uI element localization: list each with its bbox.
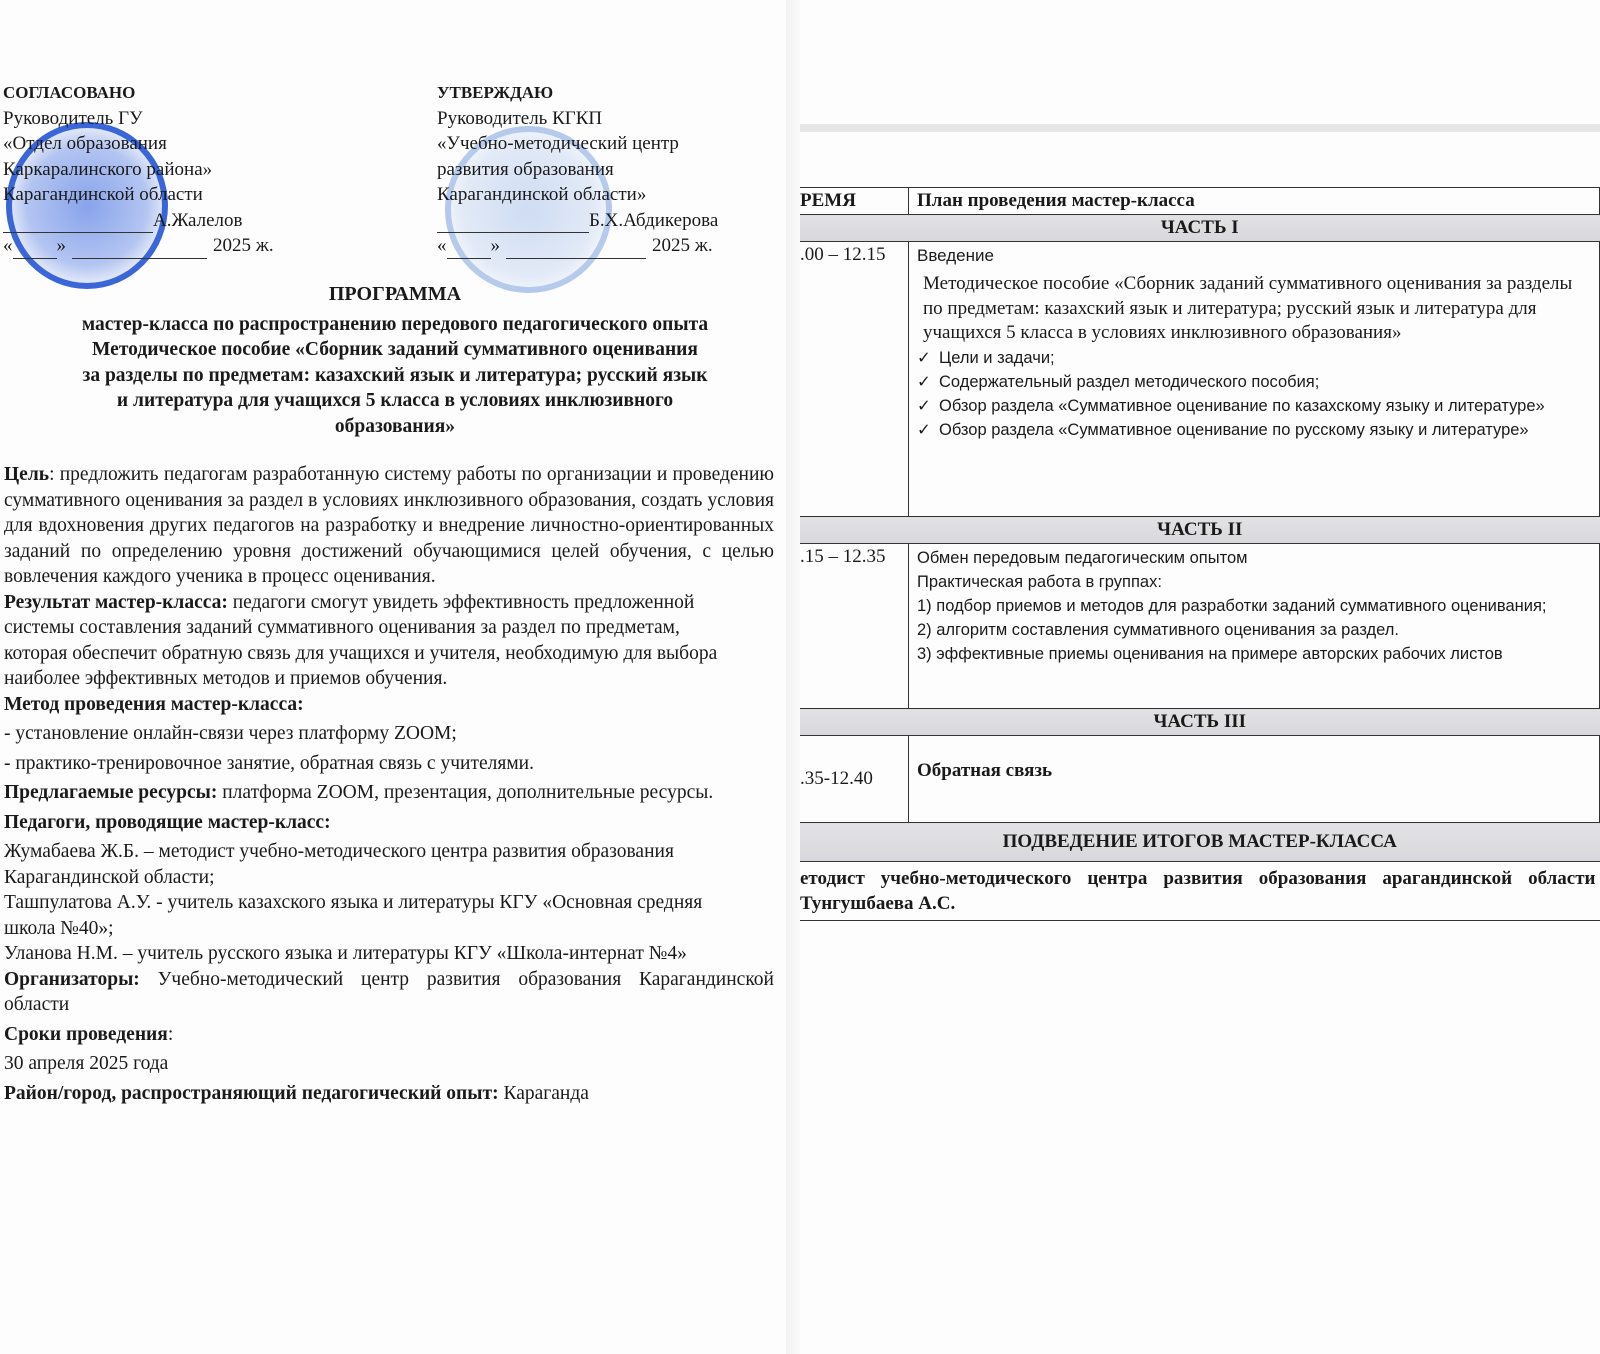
part-heading: Обмен передовым педагогическим опытом [917,546,1591,570]
approval-line: Руководитель ГУ [3,106,303,132]
city-label: Район/город, распространяющий педагогиче… [4,1083,499,1104]
method-item: - практико-тренировочное занятие, обратн… [4,751,774,777]
approval-line: «Учебно-методический центр [437,131,757,157]
month-blank [506,240,646,259]
day-blank [13,240,57,259]
program-heading: ПРОГРАММА [0,282,790,308]
check-icon: ✓ [917,370,939,394]
teachers-label: Педагоги, проводящие мастер-класс: [4,810,774,836]
plan-table: РЕМЯ План проведения мастер-класса ЧАСТЬ… [800,187,1600,921]
goal-paragraph: Цель: предложить педагогам разработанную… [4,462,774,590]
method-label: Метод проведения мастер-класса: [4,692,774,718]
dates-label: Сроки проведения [4,1024,168,1045]
resources-text: платформа ZOOM, презентация, дополнитель… [217,782,713,803]
method-heading: Метод проведения мастер-класса: [4,694,304,715]
organizers-paragraph: Организаторы: Учебно-методический центр … [4,967,774,1018]
signatory-name: А.Жалелов [153,208,243,234]
check-icon: ✓ [917,346,939,370]
summary-text: етодист учебно-методического центра разв… [800,862,1600,921]
city-value: Караганда [499,1083,589,1104]
signature-line: А.Жалелов [3,208,303,234]
approval-heading: УТВЕРЖДАЮ [437,80,757,106]
section-row-part3: ЧАСТЬ III [800,709,1600,736]
quote-open: « [437,233,447,259]
section-title: ПОДВЕДЕНИЕ ИТОГОВ МАСТЕР-КЛАССА [800,823,1600,862]
method-item: - установление онлайн-связи через платфо… [4,721,774,747]
result-label: Результат мастер-класса: [4,592,228,613]
approval-heading: СОГЛАСОВАНО [3,80,303,106]
checklist-text: Содержательный раздел методического посо… [939,370,1319,394]
section-title: ЧАСТЬ II [800,517,1600,544]
quote-open: « [3,233,13,259]
approval-line: Карагандинской области» [437,182,757,208]
signatory-name: Б.Х.Абдикерова [589,208,718,234]
part-subheading: Практическая работа в группах: [917,570,1591,594]
result-paragraph: Результат мастер-класса: педагоги смогут… [4,590,774,692]
col-time-header: РЕМЯ [800,188,909,215]
table-header-row: РЕМЯ План проведения мастер-класса [800,188,1600,215]
plan-cell: Обратная связь [909,736,1600,823]
page-divider [786,0,800,1354]
table-row: .00 – 12.15 Введение Методическое пособи… [800,242,1600,517]
approval-line: Карагандинской области [3,182,303,208]
program-title: ПРОГРАММА мастер-класса по распространен… [0,282,790,439]
section-row-part1: ЧАСТЬ I [800,215,1600,242]
col-plan-header: План проведения мастер-класса [909,188,1600,215]
quote-close: » [57,233,67,259]
approval-line: «Отдел образования [3,131,303,157]
title-line: мастер-класса по распространению передов… [0,312,790,338]
approval-block-agreed: СОГЛАСОВАНО Руководитель ГУ «Отдел образ… [3,80,303,259]
program-body: Цель: предложить педагогам разработанную… [4,462,774,1106]
date-line: « » 2025 ж. [437,233,757,259]
section-row-summary: ПОДВЕДЕНИЕ ИТОГОВ МАСТЕР-КЛАССА [800,823,1600,862]
day-blank [447,240,491,259]
resources-label: Предлагаемые ресурсы: [4,782,217,803]
table-row: .35-12.40 Обратная связь [800,736,1600,823]
section-title: ЧАСТЬ III [800,709,1600,736]
month-blank [72,240,207,259]
goal-text: : предложить педагогам разработанную сис… [4,464,774,587]
section-title: ЧАСТЬ I [800,215,1600,242]
teachers-heading: Педагоги, проводящие мастер-класс: [4,812,331,833]
approval-block-approved: УТВЕРЖДАЮ Руководитель КГКП «Учебно-мето… [437,80,757,259]
time-cell: .35-12.40 [800,736,909,823]
organizers-label: Организаторы: [4,969,140,990]
summary-row: етодист учебно-методического центра разв… [800,862,1600,921]
checklist-text: Обзор раздела «Суммативное оценивание по… [939,394,1545,418]
time-cell: .15 – 12.35 [800,544,909,709]
plan-cell: Обмен передовым педагогическим опытом Пр… [909,544,1600,709]
signature-blank [3,214,153,233]
group-task: 3) эффективные приемы оценивания на прим… [917,642,1591,666]
part-heading: Введение [917,244,1591,268]
checklist-text: Цели и задачи; [939,346,1055,370]
title-line: за разделы по предметам: казахский язык … [0,363,790,389]
teacher-item: Уланова Н.М. – учитель русского языка и … [4,941,774,967]
title-line: и литература для учащихся 5 класса в усл… [0,388,790,414]
approval-line: Каркаралинского района» [3,157,303,183]
checklist-item: ✓Цели и задачи; [917,346,1591,370]
goal-label: Цель [4,464,49,485]
group-task: 1) подбор приемов и методов для разработ… [917,594,1591,618]
section-row-part2: ЧАСТЬ II [800,517,1600,544]
check-icon: ✓ [917,418,939,442]
part-description: Методическое пособие «Сборник заданий су… [917,272,1591,346]
signature-blank [437,214,589,233]
checklist-item: ✓Обзор раздела «Суммативное оценивание п… [917,394,1591,418]
checklist-item: ✓Обзор раздела «Суммативное оценивание п… [917,418,1591,442]
approval-line: Руководитель КГКП [437,106,757,132]
page-edge-band [800,124,1600,132]
approval-line: развития образования [437,157,757,183]
quote-close: » [491,233,501,259]
title-line: Методическое пособие «Сборник заданий су… [0,337,790,363]
signature-line: Б.Х.Абдикерова [437,208,757,234]
approval-year: 2025 ж. [652,233,713,259]
date-line: « » 2025 ж. [3,233,303,259]
dates-colon: : [168,1024,173,1045]
checklist-item: ✓Содержательный раздел методического пос… [917,370,1591,394]
city-paragraph: Район/город, распространяющий педагогиче… [4,1081,774,1107]
check-icon: ✓ [917,394,939,418]
group-task: 2) алгоритм составления суммативного оце… [917,618,1591,642]
dates-value: 30 апреля 2025 года [4,1051,774,1077]
title-line: образования» [0,414,790,440]
table-row: .15 – 12.35 Обмен передовым педагогическ… [800,544,1600,709]
teacher-item: Жумабаева Ж.Б. – методист учебно-методич… [4,839,774,890]
approval-year: 2025 ж. [213,233,274,259]
time-cell: .00 – 12.15 [800,242,909,517]
resources-paragraph: Предлагаемые ресурсы: платформа ZOOM, пр… [4,780,774,806]
checklist-text: Обзор раздела «Суммативное оценивание по… [939,418,1529,442]
teacher-item: Ташпулатова А.У. - учитель казахского яз… [4,890,774,941]
dates-paragraph: Сроки проведения: [4,1022,774,1048]
plan-cell: Введение Методическое пособие «Сборник з… [909,242,1600,517]
